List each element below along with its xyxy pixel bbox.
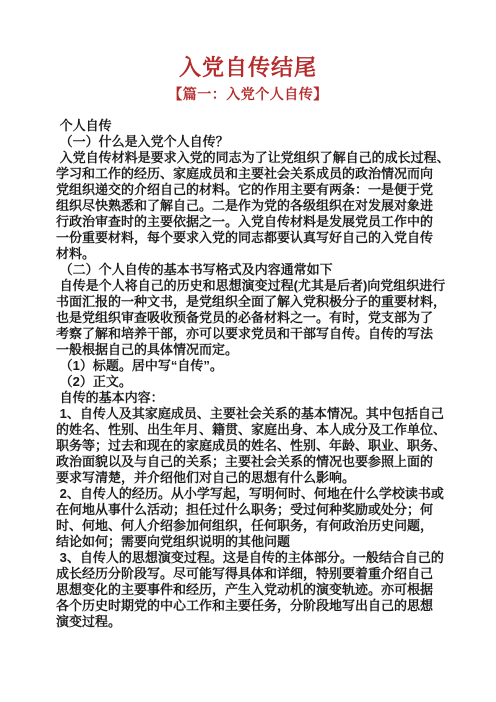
text-line: 一份重要材料，每个要求入党的同志都要认真写好自己的入党自传 [56, 230, 458, 246]
text-line: 演变过程。 [56, 614, 458, 630]
text-line: 也是党组织审查吸收预备党员的必备材料之一。有时，党支部为了 [56, 310, 458, 326]
text-line: 行政治审查时的主要依据之一。入党自传材料是发展党员工作中的 [56, 214, 458, 230]
text-line: 组织尽快熟悉和了解自己。二是作为党的各级组织在对发展对象进 [56, 198, 458, 214]
text-line: 的姓名、性别、出生年月、籍贯、家庭出身、本人成分及工作单位、 [56, 422, 458, 438]
text-line: 结论如何；需要向党组织说明的其他问题 [56, 534, 458, 550]
text-line: 学习和工作的经历、家庭成员和主要社会关系成员的政治情况而向 [56, 166, 458, 182]
text-line: 考察了解和培养干部，亦可以要求党员和干部写自传。自传的写法 [56, 326, 458, 342]
text-line: 自传的基本内容： [56, 390, 458, 406]
text-line: 一般根据自己的具体情况而定。 [56, 342, 458, 358]
text-line: 政治面貌以及与自己的关系；主要社会关系的情况也要参照上面的 [56, 454, 458, 470]
text-line: 个人自传 [56, 118, 458, 134]
text-line: 自传是个人将自己的历史和思想演变过程(尤其是后者)向党组织进行 [56, 278, 458, 294]
text-line: 思想变化的主要事件和经历，产生入党动机的演变轨迹。亦可根据 [56, 582, 458, 598]
text-line: 2、自传人的经历。从小学写起，写明何时、何地在什么学校读书或 [56, 486, 458, 502]
text-line: 在何地从事什么活动；担任过什么职务；受过何种奖励或处分；何 [56, 502, 458, 518]
text-line: 职务等；过去和现在的家庭成员的姓名、性别、年龄、职业、职务、 [56, 438, 458, 454]
document-body: 个人自传 （一）什么是入党个人自传？ 入党自传材料是要求入党的同志为了让党组织了… [0, 118, 496, 630]
section-heading: 【篇一：入党个人自传】 [0, 85, 496, 104]
text-line: （1）标题。居中写“自传”。 [56, 358, 458, 374]
text-line: 党组织递交的介绍自己的材料。它的作用主要有两条：一是便于党 [56, 182, 458, 198]
page-title: 入党自传结尾 [0, 0, 496, 82]
text-line: 3、自传人的思想演变过程。这是自传的主体部分。一般结合自己的 [56, 550, 458, 566]
text-line: 书面汇报的一种文书，是党组织全面了解入党积极分子的重要材料， [56, 294, 458, 310]
text-line: 入党自传材料是要求入党的同志为了让党组织了解自己的成长过程、 [56, 150, 458, 166]
text-line: 成长经历分阶段写。尽可能写得具体和详细，特别要着重介绍自己 [56, 566, 458, 582]
text-line: 时、何地、何人介绍参加何组织，任何职务，有何政治历史问题， [56, 518, 458, 534]
text-line: 要求写清楚，并介绍他们对自己的思想有什么影响。 [56, 470, 458, 486]
text-line: 各个历史时期党的中心工作和主要任务，分阶段地写出自己的思想 [56, 598, 458, 614]
text-line: （二）个人自传的基本书写格式及内容通常如下 [56, 262, 458, 278]
text-line: （一）什么是入党个人自传？ [56, 134, 458, 150]
text-line: （2）正文。 [56, 374, 458, 390]
document-page: 入党自传结尾 【篇一：入党个人自传】 个人自传 （一）什么是入党个人自传？ 入党… [0, 0, 496, 702]
text-line: 1、自传人及其家庭成员、主要社会关系的基本情况。其中包括自己 [56, 406, 458, 422]
text-line: 材料。 [56, 246, 458, 262]
